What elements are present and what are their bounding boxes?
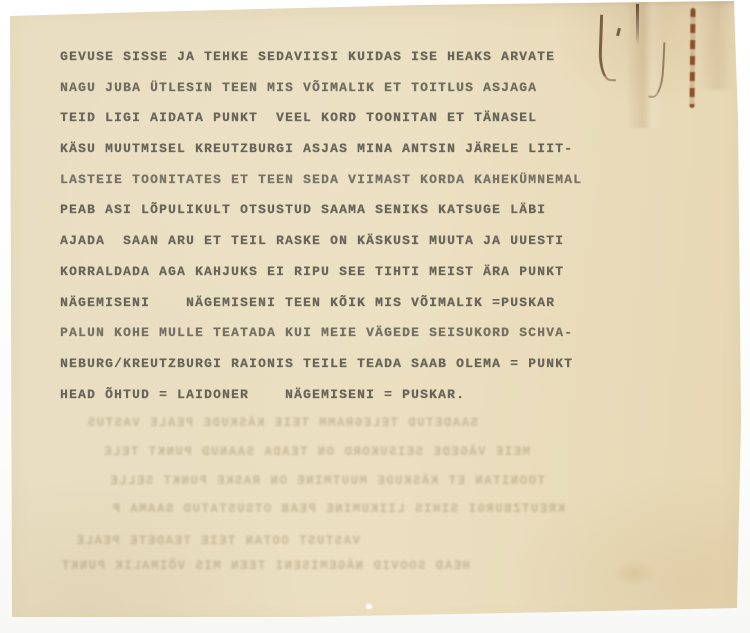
paperclip-rust-mark <box>636 4 639 44</box>
bleedthrough-line: HEAD SOOVID NÄGEMISENI TEEN MIS VÕIMALIK… <box>25 556 470 576</box>
telegram-line: AJADA SAAN ARU ET TEIL RASKE ON KÄSKUSI … <box>60 226 680 257</box>
telegram-line: PALUN KOHE MULLE TEATADA KUI MEIE VÄGEDE… <box>60 318 680 349</box>
rust-stain <box>689 8 695 108</box>
bleedthrough-line: SAADETUD TELEGRAMM TEIE KÄSKUDE PEALE VA… <box>88 413 478 433</box>
telegram-paper: GEVUSE SISSE JA TEHKE SEDAVIISI KUIDAS I… <box>0 0 750 633</box>
bleedthrough-line: KREUTZBURGI SIHIS LIIKUMINE PEAB OTSUSTA… <box>20 499 565 519</box>
telegram-line: GEVUSE SISSE JA TEHKE SEDAVIISI KUIDAS I… <box>60 42 680 73</box>
paper-crease <box>700 0 734 90</box>
bleedthrough-line: MEIE VÄGEDE SEISUKORD ON TEADA SAANUD PU… <box>30 442 530 462</box>
telegram-line: NÄGEMISENI NÄGEMISENI TEEN KÕIK MIS VÕIM… <box>60 288 680 319</box>
telegram-line: NAGU JUBA ÜTLESIN TEEN MIS VÕIMALIK ET T… <box>60 73 680 104</box>
paperclip-rust-mark <box>616 28 621 36</box>
telegram-line: HEAD ÕHTUD = LAIDONER NÄGEMISENI = PUSKA… <box>60 380 680 411</box>
bleedthrough-line: TOONITAN ET KÄSKUDE MUUTMINE ON RASKE PU… <box>20 471 545 491</box>
telegram-line: KÄSU MUUTMISEL KREUTZBURGI ASJAS MINA AN… <box>60 134 680 165</box>
telegram-line: TEID LIGI AIDATA PUNKT VEEL KORD TOONITA… <box>60 103 680 134</box>
telegram-line: KORRALDADA AGA KAHJUKS EI RIPU SEE TIHTI… <box>60 257 680 288</box>
telegram-line: LASTEIE TOONITATES ET TEEN SEDA VIIMAST … <box>60 165 680 196</box>
paper-speck <box>366 604 372 609</box>
bleedthrough-line: VASTUST OOTAN TEIE TEADETE PEALE <box>55 531 360 551</box>
telegram-line: PEAB ASI LÕPULIKULT OTSUSTUD SAAMA SENIK… <box>60 195 680 226</box>
paper-stain <box>612 560 656 586</box>
telegram-text-block: GEVUSE SISSE JA TEHKE SEDAVIISI KUIDAS I… <box>60 42 680 410</box>
telegram-line: NEBURG/KREUTZBURGI RAIONIS TEILE TEADA S… <box>60 349 680 380</box>
